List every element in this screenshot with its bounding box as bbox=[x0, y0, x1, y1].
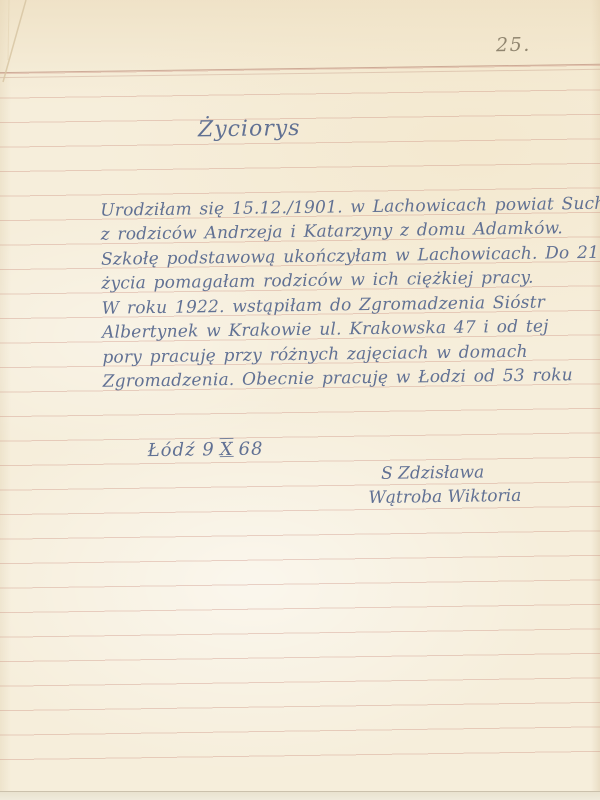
corner-fold-crease bbox=[0, 0, 36, 96]
scan-tilt-layer: 25. Życiorys Urodziłam się 15.12./1901. … bbox=[0, 0, 600, 800]
signature-block: S Zdzisława Wątroba Wiktoria bbox=[0, 0, 594, 4]
page-number: 25. bbox=[496, 34, 531, 56]
signature-line-1: S Zdzisława bbox=[381, 462, 484, 483]
dateline-place-day: Łódź 9 bbox=[148, 439, 215, 461]
document-title: Życiorys bbox=[99, 115, 399, 144]
paper-sheet: 25. Życiorys Urodziłam się 15.12./1901. … bbox=[0, 0, 600, 800]
dateline: Łódź 9X68 bbox=[148, 439, 264, 462]
paper-bottom-edge bbox=[0, 791, 600, 800]
body-paragraph: Urodziłam się 15.12./1901. w Lachowicach… bbox=[0, 0, 594, 4]
ruled-lines bbox=[0, 65, 600, 763]
dateline-roman-month: X bbox=[220, 439, 234, 460]
signature-line-2: Wątroba Wiktoria bbox=[368, 486, 521, 508]
dateline-year: 68 bbox=[238, 439, 263, 460]
